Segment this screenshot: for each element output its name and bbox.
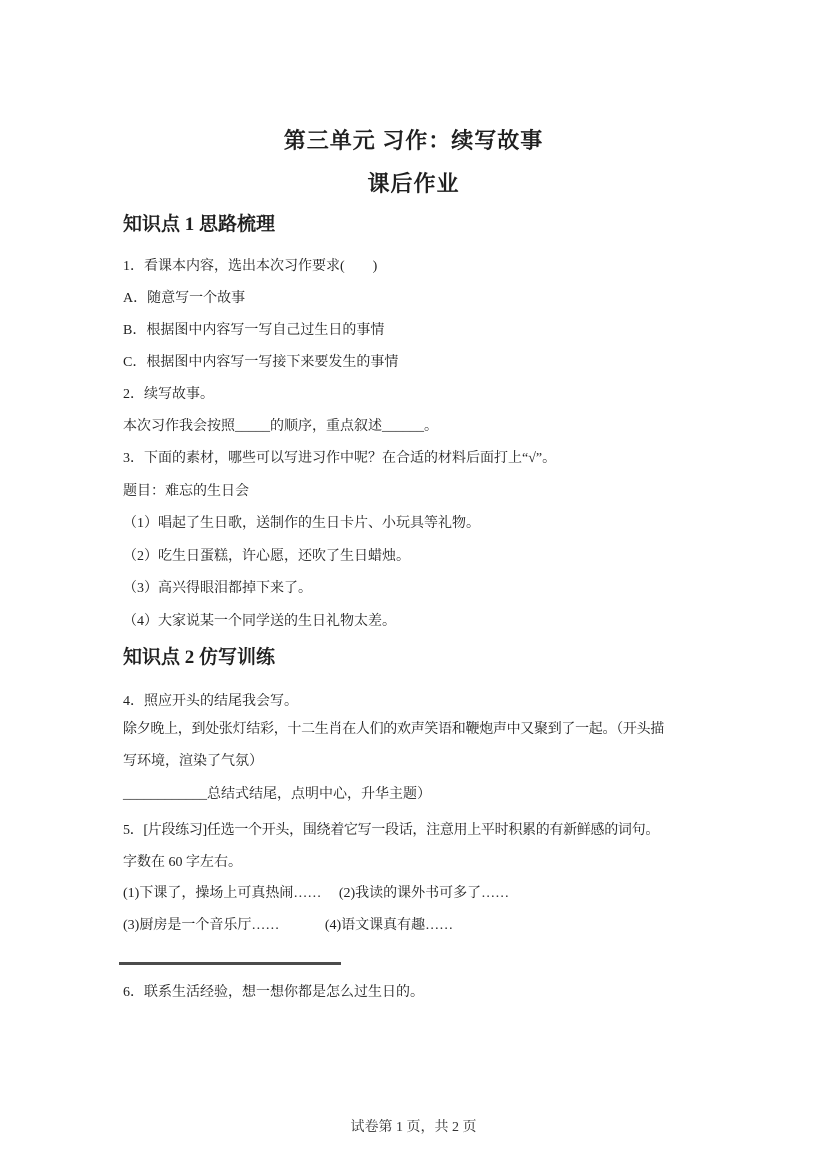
- exam-paper-page: 第三单元 习作：续写故事 课后作业 知识点 1 思路梳理 1．看课本内容，选出本…: [0, 0, 827, 1169]
- question-3-topic: 题目：难忘的生日会: [123, 482, 249, 502]
- question-3-material-3: （3）高兴得眼泪都掉下来了。: [123, 579, 312, 599]
- section-2-heading: 知识点 2 仿写训练: [123, 646, 275, 670]
- question-4-sample-opening-line-1: 除夕晚上，到处张灯结彩，十二生肖在人们的欢声笑语和鞭炮声中又聚到了一起。（开头描: [123, 720, 664, 740]
- question-6: 6．联系生活经验，想一想你都是怎么过生日的。: [123, 983, 424, 1003]
- question-1-option-c: C．根据图中内容写一写接下来要发生的事情: [123, 353, 398, 373]
- question-3-material-4: （4）大家说某一个同学送的生日礼物太差。: [123, 612, 396, 632]
- question-3-material-1: （1）唱起了生日歌，送制作的生日卡片、小玩具等礼物。: [123, 514, 480, 534]
- question-1-option-a: A．随意写一个故事: [123, 289, 245, 309]
- question-2-fill-blank-line: 本次习作我会按照_____的顺序，重点叙述______。: [123, 417, 438, 437]
- question-5-line-1: 5．[片段练习]任选一个开头，围绕着它写一段话，注意用上平时积累的有新鲜感的词句…: [123, 821, 659, 841]
- question-3-material-2: （2）吃生日蛋糕，许心愿，还吹了生日蜡烛。: [123, 547, 410, 567]
- question-4-sample-opening-line-2: 写环境，渲染了气氛）: [123, 752, 263, 772]
- document-title: 第三单元 习作：续写故事: [0, 128, 827, 154]
- question-4-ending-blank-line: ____________总结式结尾，点明中心，升华主题）: [123, 785, 431, 805]
- question-5-openings-1-2: (1)下课了，操场上可真热闹…… (2)我读的课外书可多了……: [123, 884, 509, 904]
- question-5-line-2: 字数在 60 字左右。: [123, 853, 242, 873]
- document-subtitle: 课后作业: [0, 171, 827, 197]
- question-4: 4．照应开头的结尾我会写。: [123, 692, 298, 712]
- page-footer: 试卷第 1 页，共 2 页: [0, 1118, 827, 1138]
- question-1: 1．看课本内容，选出本次习作要求( ): [123, 257, 377, 277]
- section-1-heading: 知识点 1 思路梳理: [123, 213, 275, 237]
- question-5-openings-3-4: (3)厨房是一个音乐厅…… (4)语文课真有趣……: [123, 916, 453, 936]
- question-1-option-b: B．根据图中内容写一写自己过生日的事情: [123, 321, 384, 341]
- answer-underline: [119, 962, 341, 965]
- question-3: 3．下面的素材，哪些可以写进习作中呢？在合适的材料后面打上“√”。: [123, 449, 556, 469]
- question-2: 2．续写故事。: [123, 385, 214, 405]
